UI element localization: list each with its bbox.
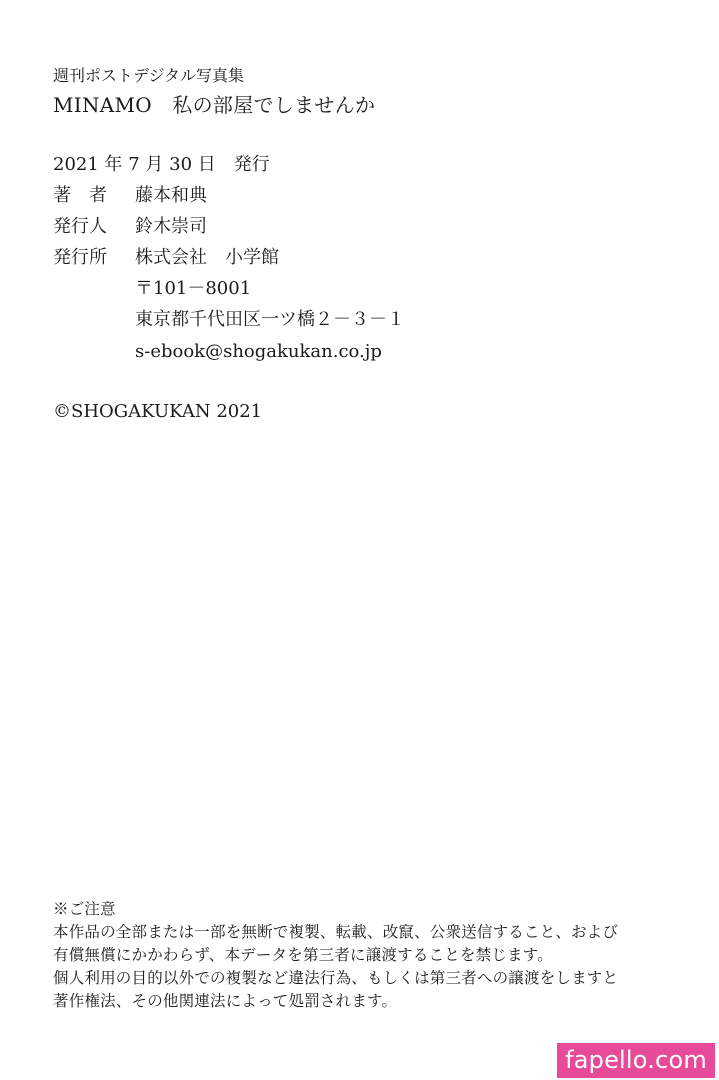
publisher-label: 発行所 — [53, 249, 135, 267]
author-label: 著 者 — [53, 187, 135, 205]
email-address: s-ebook@shogakukan.co.jp — [135, 343, 382, 361]
author-row: 著 者 藤本和典 — [53, 187, 207, 205]
publisher-person-label: 発行人 — [53, 218, 135, 236]
notice-line: 本作品の全部または一部を無断で複製、転載、改竄、公衆送信すること、および — [53, 925, 618, 941]
publish-date: 2021 年 7 月 30 日 発行 — [53, 156, 270, 174]
series-name: 週刊ポストデジタル写真集 — [53, 68, 244, 84]
copyright-notice: ©SHOGAKUKAN 2021 — [53, 403, 262, 421]
address: 東京都千代田区一ツ橋２－３－１ — [135, 311, 405, 329]
notice-line: 個人利用の目的以外での複製など違法行為、もしくは第三者への譲渡をしますと — [53, 971, 618, 987]
publisher-person-row: 発行人 鈴木崇司 — [53, 218, 207, 236]
author-name: 藤本和典 — [135, 187, 207, 205]
publisher-row: 発行所 株式会社 小学館 — [53, 249, 279, 267]
book-title: MINAMO 私の部屋でしませんか — [53, 95, 375, 115]
watermark-badge: fapello.com — [557, 1043, 715, 1078]
notice-line: 有償無償にかかわらず、本データを第三者に譲渡することを禁じます。 — [53, 948, 553, 964]
postal-code: 〒101－8001 — [135, 280, 251, 298]
notice-line: 著作権法、その他関連法によって処罰されます。 — [53, 994, 397, 1010]
notice-heading: ※ご注意 — [53, 902, 116, 918]
publisher-name: 株式会社 小学館 — [135, 249, 279, 267]
publisher-person-name: 鈴木崇司 — [135, 218, 207, 236]
